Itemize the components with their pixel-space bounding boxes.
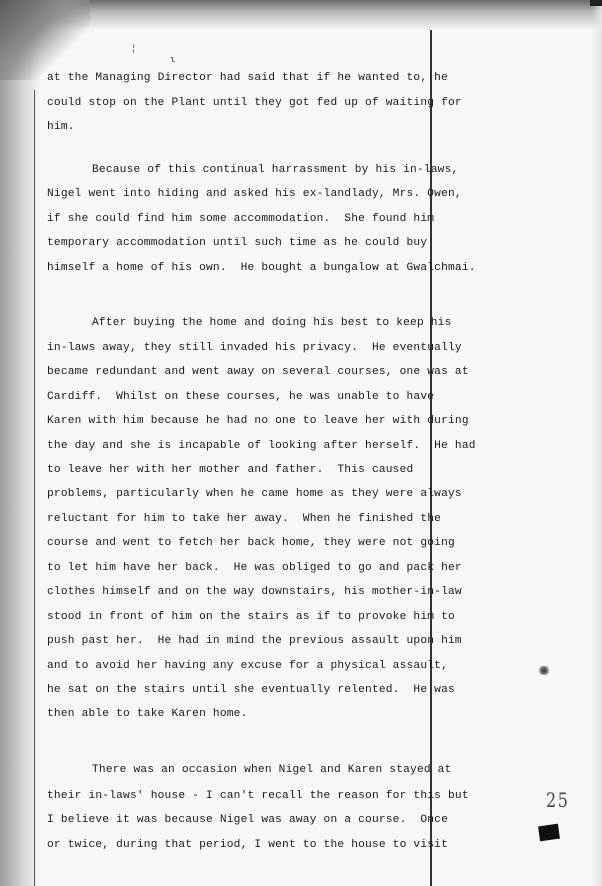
page-corner-fold <box>0 0 90 80</box>
text-line: then able to take Karen home. <box>47 706 248 722</box>
text-line: he sat on the stairs until she eventuall… <box>47 682 455 698</box>
text-line: Karen with him because he had no one to … <box>47 413 469 429</box>
scan-right-edge <box>592 0 602 886</box>
text-line: became redundant and went away on severa… <box>47 364 469 380</box>
right-margin-rule <box>430 30 432 886</box>
text-line: stood in front of him on the stairs as i… <box>47 609 455 625</box>
text-line: if she could find him some accommodation… <box>47 211 434 227</box>
stray-mark: ¦ <box>131 44 136 54</box>
paragraph-first-line: There was an occasion when Nigel and Kar… <box>47 762 452 778</box>
text-line: in-laws away, they still invaded his pri… <box>47 340 462 356</box>
scan-top-shadow <box>0 0 602 30</box>
text-line: to let him have her back. He was obliged… <box>47 560 462 576</box>
text-line: could stop on the Plant until they got f… <box>47 95 462 111</box>
text-line: himself a home of his own. He bought a b… <box>47 260 476 276</box>
text-line: course and went to fetch her back home, … <box>47 535 455 551</box>
text-line: to leave her with her mother and father.… <box>47 462 413 478</box>
stray-mark: ι <box>170 55 175 65</box>
text-line: and to avoid her having any excuse for a… <box>47 658 448 674</box>
stamp-mark <box>538 824 560 842</box>
text-line: Nigel went into hiding and asked his ex-… <box>47 186 462 202</box>
text-line: temporary accommodation until such time … <box>47 235 427 251</box>
left-margin-rule <box>34 90 35 886</box>
text-line: him. <box>47 119 75 135</box>
text-line: clothes himself and on the way downstair… <box>47 584 462 600</box>
scan-corner-mark <box>590 0 602 6</box>
text-line: or twice, during that period, I went to … <box>47 837 448 853</box>
text-line: Cardiff. Whilst on these courses, he was… <box>47 389 434 405</box>
text-line: the day and she is incapable of looking … <box>47 438 476 454</box>
text-line: their in-laws' house - I can't recall th… <box>47 788 469 804</box>
paragraph-first-line: Because of this continual harrassment by… <box>47 162 458 178</box>
paragraph-first-line: After buying the home and doing his best… <box>47 315 452 331</box>
text-line: reluctant for him to take her away. When… <box>47 511 441 527</box>
text-line: at the Managing Director had said that i… <box>47 70 448 86</box>
ink-smudge <box>537 666 551 675</box>
page-number: 25 <box>546 788 570 812</box>
text-line: I believe it was because Nigel was away … <box>47 812 448 828</box>
text-line: problems, particularly when he came home… <box>47 486 462 502</box>
text-line: push past her. He had in mind the previo… <box>47 633 462 649</box>
